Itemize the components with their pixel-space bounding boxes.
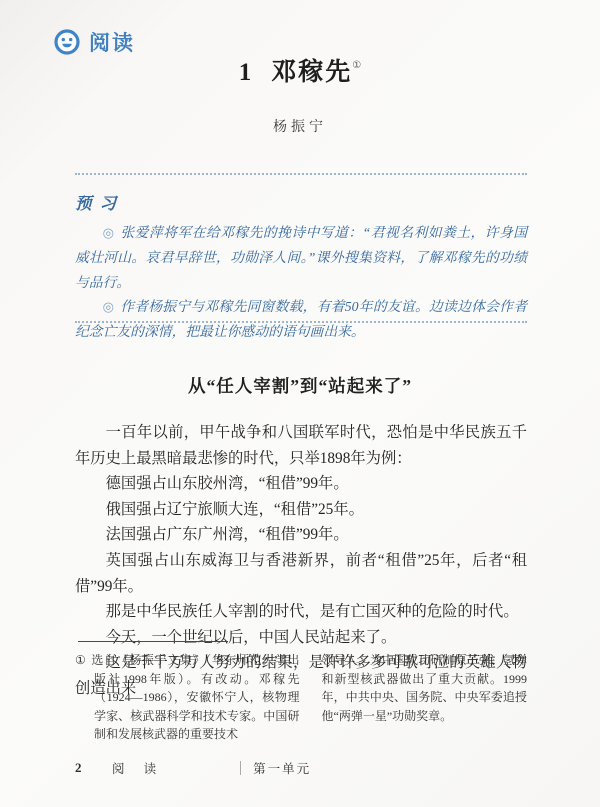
preview-heading: 预 习 (75, 190, 527, 214)
author-name: 杨振宁 (0, 116, 600, 136)
lesson-title-text: 邓稼先 (271, 59, 352, 86)
page-footer: 2 阅 读 第一单元 (75, 759, 527, 777)
preview-item-text: 作者杨振宁与邓稼先同窗数载，有着50年的友谊。边读边体会作者纪念亡友的深情，把最… (75, 299, 527, 339)
footnote-column-right: 领导人，为中国成功研制原子弹、氢弹和新型核武器做出了重大贡献。1999年，中共中… (322, 651, 528, 744)
section-title: 从“任人宰割”到“站起来了” (0, 373, 600, 398)
article-paragraph: 德国强占山东胶州湾，“租借”99年。 (75, 471, 527, 497)
footnote-marker: ① (75, 653, 86, 667)
footer-divider (240, 761, 241, 775)
footnote-block: ①选自《杨振宁文集》（华东师范大学出版社1998年版）。有改动。邓稼先（1924… (75, 641, 527, 744)
footnote-column-left: ①选自《杨振宁文集》（华东师范大学出版社1998年版）。有改动。邓稼先（1924… (75, 651, 300, 744)
article-paragraph: 俄国强占辽宁旅顺大连，“租借”25年。 (75, 497, 527, 523)
circle-bullet-icon: ◎ (103, 299, 115, 314)
circle-bullet-icon: ◎ (103, 225, 115, 240)
footnote-rule (78, 641, 228, 642)
article-paragraph: 法国强占广东广州湾，“租借”99年。 (75, 522, 527, 548)
lesson-title: 1邓稼先① (0, 52, 600, 88)
article-paragraph: 一百年以前，甲午战争和八国联军时代，恐怕是中华民族五千年历史上最黑暗最悲惨的时代… (75, 420, 527, 471)
page-number: 2 (75, 760, 112, 776)
lesson-number: 1 (239, 59, 252, 86)
footer-section-label: 阅 读 (112, 759, 164, 777)
dotted-rule-bottom (75, 321, 527, 323)
textbook-page: 阅读 1邓稼先① 杨振宁 预 习 ◎张爱萍将军在给邓稼先的挽诗中写道：“君视名利… (0, 0, 600, 807)
footer-unit-label: 第一单元 (253, 759, 311, 777)
footnote-reference-mark: ① (352, 60, 361, 71)
article-paragraph: 那是中华民族任人宰割的时代，是有亡国灭种的危险的时代。 (75, 599, 527, 625)
footnote-text: 选自《杨振宁文集》（华东师范大学出版社1998年版）。有改动。邓稼先（1924—… (91, 653, 299, 741)
preview-item-text: 张爱萍将军在给邓稼先的挽诗中写道：“君视名利如粪土，许身国威壮河山。哀君早辞世，… (75, 225, 527, 290)
preview-item: ◎张爱萍将军在给邓稼先的挽诗中写道：“君视名利如粪土，许身国威壮河山。哀君早辞世… (75, 221, 527, 295)
article-paragraph: 英国强占山东威海卫与香港新界，前者“租借”25年，后者“租借”99年。 (75, 548, 527, 599)
dotted-rule-top (75, 173, 527, 175)
